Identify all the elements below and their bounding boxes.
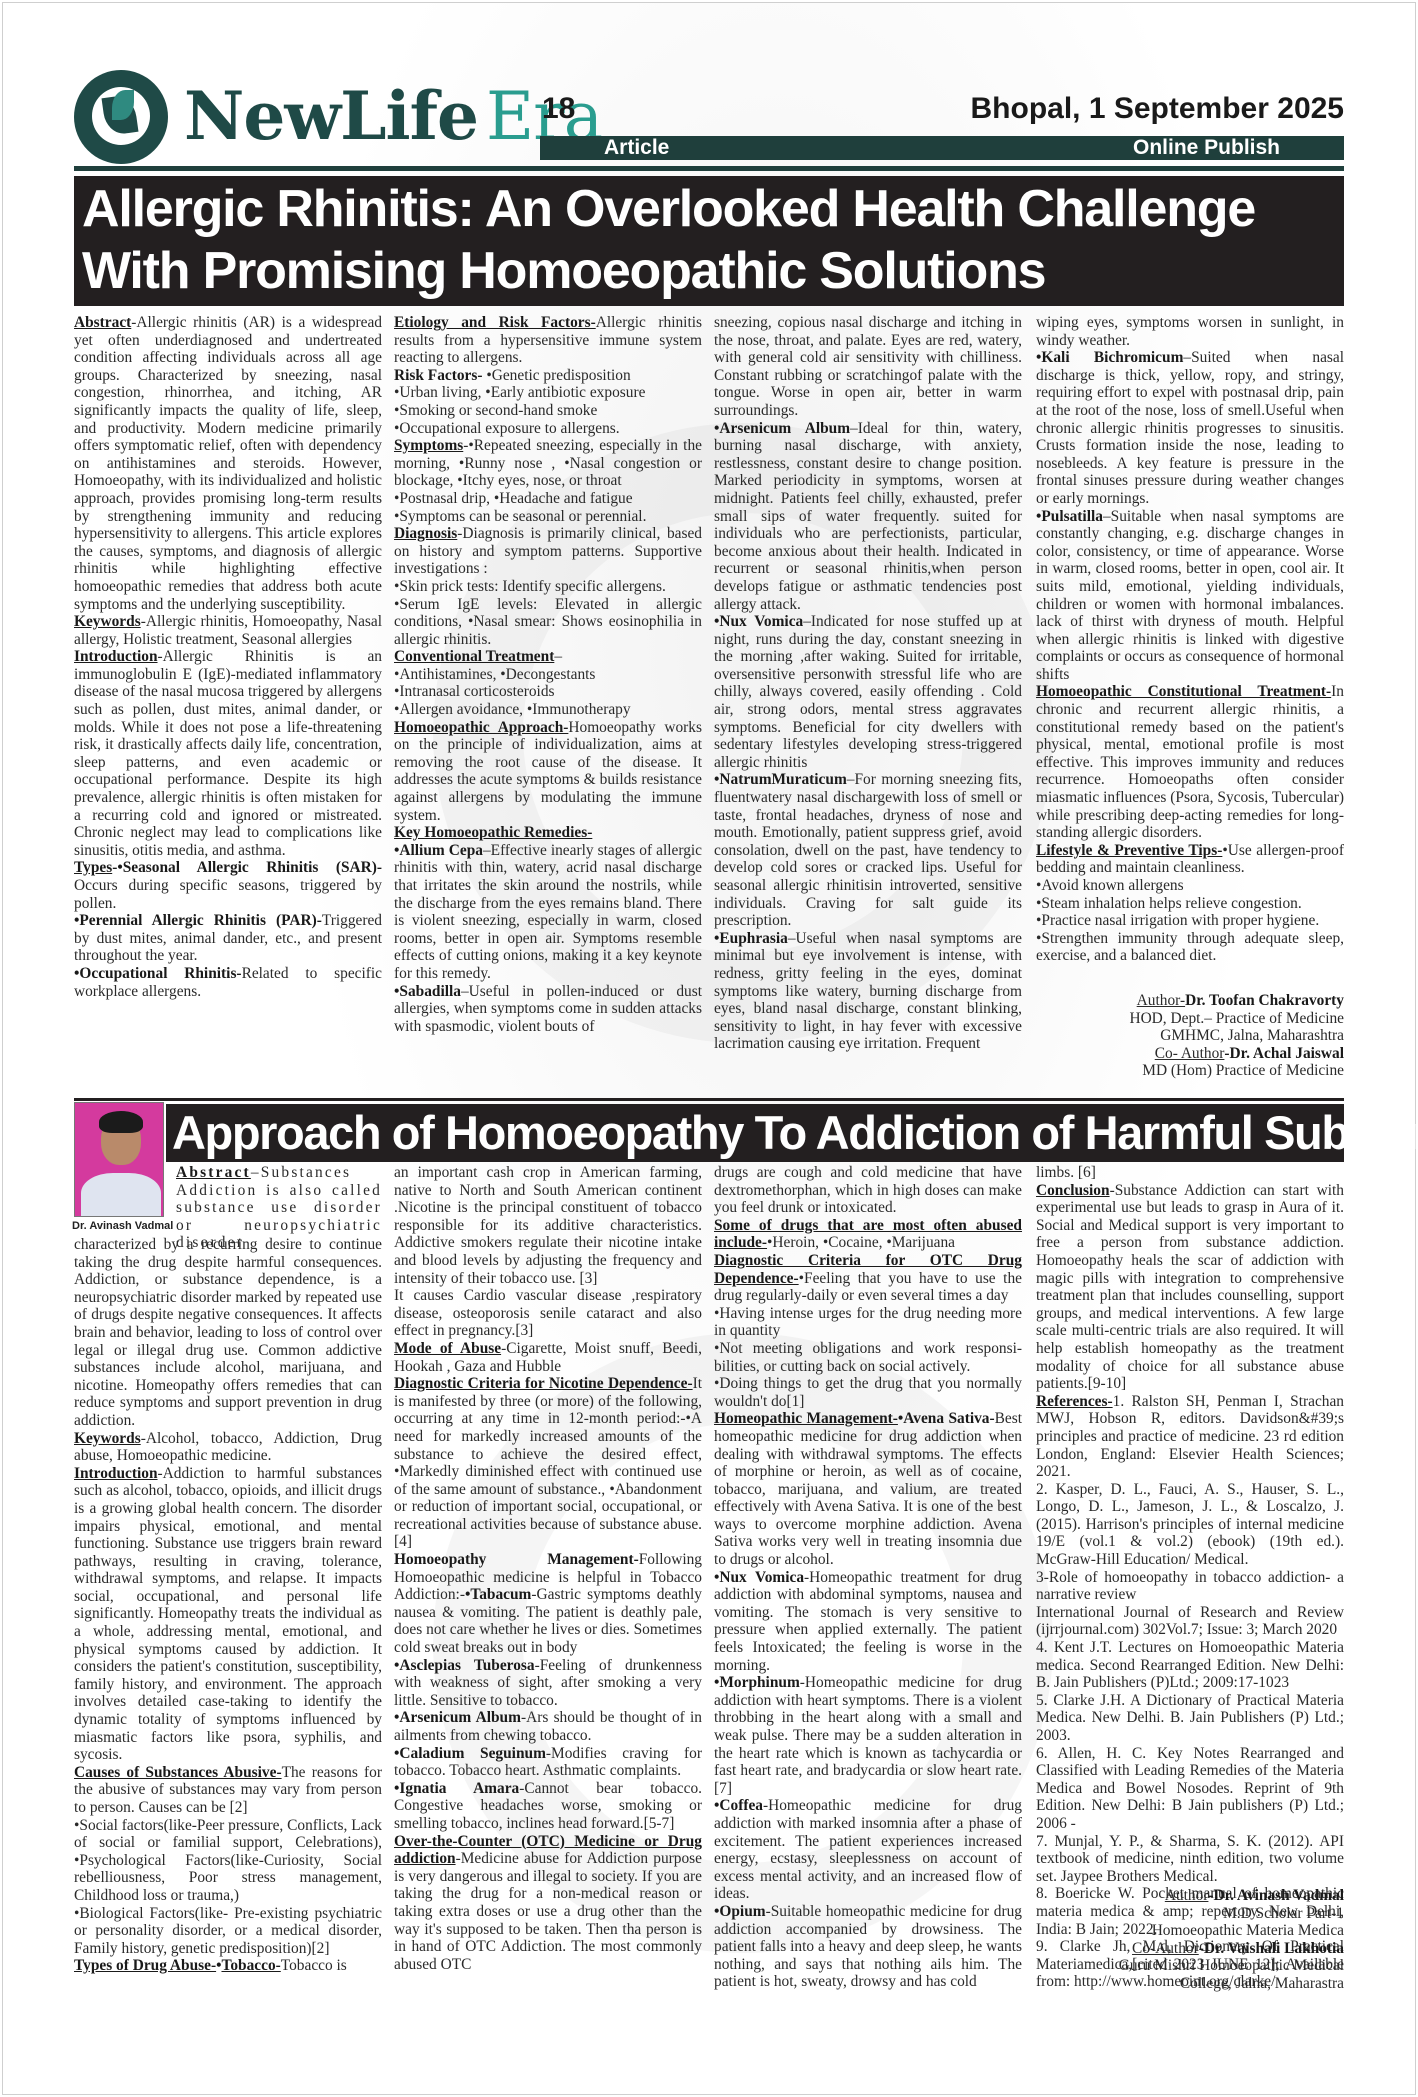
paragraph: Risk Factors- •Genetic predisposition — [394, 367, 702, 385]
paragraph: •Not meeting obligations and work respon… — [714, 1340, 1022, 1375]
paragraph: Symptoms-•Repeated sneezing, especially … — [394, 437, 702, 490]
paragraph: International Journal of Research and Re… — [1036, 1604, 1344, 1639]
heading-run: Homoeopathic Constitutional Treatment- — [1036, 683, 1331, 700]
paragraph: •Opium-Suitable homeopathic medicine for… — [714, 1903, 1022, 1991]
heading-run: Keywords — [74, 1430, 141, 1447]
text-run: 6. Allen, H. C. Key Notes Rearranged and… — [1036, 1745, 1344, 1832]
paragraph: Keywords-Alcohol, tobacco, Addiction, Dr… — [74, 1430, 382, 1465]
text-run: •Avoid known allergens — [1036, 877, 1184, 894]
text-run: Guru Mishri Homoeopathic Medical — [1119, 1957, 1344, 1974]
paragraph: •Perennial Allergic Rhinitis (PAR)-Trigg… — [74, 912, 382, 965]
article2-column-3: drugs are cough and cold medicine that h… — [714, 1164, 1022, 1991]
heading-run: •Euphrasia — [714, 930, 788, 947]
masthead: NewLifeEra 18 Bhopal, 1 September 2025 A… — [74, 66, 1344, 166]
heading-run: Mode of Abuse — [394, 1340, 501, 1357]
paragraph: Co- Author-Dr. Achal Jaiswal — [1036, 1045, 1344, 1063]
heading-run: •Opium — [714, 1903, 766, 1920]
edition-label: Online Publish — [1133, 136, 1280, 160]
text-run: -Substance Addiction can start with expe… — [1036, 1182, 1344, 1393]
paragraph: Conventional Treatment– — [394, 648, 702, 666]
heading-run: Homeopathic Management- — [714, 1410, 898, 1427]
text-run: -Homeopathic medicine for drug addiction… — [714, 1674, 1022, 1797]
heading-run: •Ignatia Amara — [394, 1780, 519, 1797]
heading-run: •Nux Vomica — [714, 1569, 804, 1586]
masthead-rule — [74, 166, 1344, 171]
paragraph: Author-Dr. Avinash Vadmal — [1036, 1887, 1344, 1905]
paragraph: Guru Mishri Homoeopathic Medical — [1036, 1957, 1344, 1975]
paragraph: limbs. [6] — [1036, 1164, 1344, 1182]
heading-run: •Arsenicum Album — [714, 420, 850, 437]
text-run: limbs. [6] — [1036, 1164, 1096, 1181]
paragraph: Author-Dr. Toofan Chakravorty — [1036, 992, 1344, 1010]
text-run: –Indicated for nose stuffed up at night,… — [714, 613, 1022, 771]
paragraph: It causes Cardio vascular disease ,respi… — [394, 1287, 702, 1340]
heading-run: •Arsenicum Album — [394, 1709, 521, 1726]
heading-run: •Caladium Seguinum — [394, 1745, 546, 1762]
text-run: -Addiction to harmful substances such as… — [74, 1465, 382, 1764]
text-run: M.D Scholar Part-1 — [1223, 1905, 1344, 1922]
text-run: •Antihistamines, •Decongestants — [394, 666, 595, 683]
text-run: 3-Role of homoeopathy in tobacco addicti… — [1036, 1569, 1344, 1604]
text-run: wiping eyes, symptoms worsen in sunlight… — [1036, 314, 1344, 349]
paragraph: Diagnostic Criteria for OTC Drug Depende… — [714, 1252, 1022, 1305]
text-run: •Strengthen immunity through adequate sl… — [1036, 930, 1344, 965]
paragraph: •Nux Vomica-Homeopathic treatment for dr… — [714, 1569, 1022, 1675]
paragraph: •Occupational Rhinitis-Related to specif… — [74, 965, 382, 1000]
text-run: •Occupational exposure to allergens. — [394, 420, 620, 437]
paragraph: •Sabadilla–Useful in pollen-induced or d… — [394, 983, 702, 1036]
paragraph: HOD, Dept.– Practice of Medicine — [1036, 1010, 1344, 1028]
article1-title-line2: With Promising Homoeopathic Solutions — [82, 240, 1336, 302]
paragraph: Homoeopathic Constitutional Treatment-In… — [1036, 683, 1344, 841]
text-run: sneezing, copious nasal discharge and it… — [714, 314, 1022, 419]
page-number: 18 — [542, 92, 575, 126]
paragraph: Conclusion-Substance Addiction can start… — [1036, 1182, 1344, 1393]
heading-run: Homoeopathic Approach- — [394, 719, 568, 736]
heading-run: •Pulsatilla — [1036, 508, 1103, 525]
text-run: •Skin prick tests: Identify specific all… — [394, 578, 666, 595]
heading-run: Lifestyle & Preventive Tips- — [1036, 842, 1222, 859]
heading-run: -Dr. Vaishali Lakhotia — [1199, 1940, 1344, 1957]
heading-run: Conventional Treatment — [394, 648, 554, 665]
heading-run: -Dr. Achal Jaiswal — [1224, 1045, 1344, 1062]
paragraph: Diagnosis-Diagnosis is primarily clinica… — [394, 525, 702, 578]
heading-run: Dr. Toofan Chakravorty — [1185, 992, 1344, 1009]
heading-run: Risk Factors- — [394, 367, 486, 384]
text-run: an important cash crop in American farmi… — [394, 1164, 702, 1287]
author-photo — [74, 1102, 164, 1217]
text-run: •Smoking or second-hand smoke — [394, 402, 597, 419]
text-run: •Allergen avoidance, •Immunotherapy — [394, 701, 631, 718]
paragraph: 2. Kasper, D. L., Fauci, A. S., Hauser, … — [1036, 1481, 1344, 1569]
paragraph: Introduction-Allergic Rhinitis is an imm… — [74, 648, 382, 859]
text-run: Occurs during specific seasons, triggere… — [74, 877, 382, 912]
heading-run: Types of Drug Abuse- — [74, 1957, 216, 1974]
paragraph: characterized by a recurring desire to c… — [74, 1236, 382, 1430]
heading-run: •Tabacum — [465, 1586, 531, 1603]
text-run: It is manifested by three (or more) of t… — [394, 1375, 702, 1550]
paragraph: M.D Scholar Part-1 — [1036, 1905, 1344, 1923]
paragraph: Mode of Abuse-Cigarette, Moist snuff, Be… — [394, 1340, 702, 1375]
article1-author-credits: Author-Dr. Toofan ChakravortyHOD, Dept.–… — [1036, 992, 1344, 1080]
article2-column-4: limbs. [6]Conclusion-Substance Addiction… — [1036, 1164, 1344, 1991]
text-run: Co- Author — [1155, 1045, 1225, 1062]
paragraph: •Smoking or second-hand smoke — [394, 402, 702, 420]
heading-run: •NatrumMuraticum — [714, 771, 847, 788]
article2-headline: Approach of Homoeopathy To Addiction of … — [166, 1104, 1344, 1162]
paragraph: •NatrumMuraticum–For morning sneezing fi… — [714, 771, 1022, 929]
paragraph: Co-Author-Dr. Vaishali Lakhotia — [1036, 1940, 1344, 1958]
heading-run: •Allium Cepa — [394, 842, 483, 859]
paragraph: •Social factors(like-Peer pressure, Conf… — [74, 1817, 382, 1905]
author-photo-caption: Dr. Avinash Vadmal — [72, 1220, 168, 1232]
heading-run: Types — [74, 859, 112, 876]
paragraph: 7. Munjal, Y. P., & Sharma, S. K. (2012)… — [1036, 1833, 1344, 1886]
heading-run: Causes of Substances Abusive- — [74, 1764, 282, 1781]
paragraph: •Pulsatilla–Suitable when nasal symptoms… — [1036, 508, 1344, 684]
text-run: 2. Kasper, D. L., Fauci, A. S., Hauser, … — [1036, 1481, 1344, 1568]
paragraph: an important cash crop in American farmi… — [394, 1164, 702, 1287]
paragraph: Types of Drug Abuse-•Tobacco-Tobacco is — [74, 1957, 382, 1975]
paragraph: GMHMC, Jalna, Maharashtra — [1036, 1027, 1344, 1045]
paragraph: Some of drugs that are most often abused… — [714, 1217, 1022, 1252]
text-run: •Heroin, •Cocaine, •Marijuana — [767, 1234, 955, 1251]
text-run: drugs are cough and cold medicine that h… — [714, 1164, 1022, 1216]
text-run: Author- — [1137, 992, 1185, 1009]
text-run: •Biological Factors(like- Pre-existing p… — [74, 1905, 382, 1957]
paragraph: •Allium Cepa–Effective inearly stages of… — [394, 842, 702, 983]
paragraph: Homoeopathic Approach-Homoeopathy works … — [394, 719, 702, 825]
heading-run: Key Homoeopathic Remedies- — [394, 824, 592, 841]
text-run: -Medicine abuse for Addiction purpose is… — [394, 1850, 702, 1973]
paragraph: wiping eyes, symptoms worsen in sunlight… — [1036, 314, 1344, 349]
paragraph: •Arsenicum Album–Ideal for thin, watery,… — [714, 420, 1022, 614]
text-run: –Suited when nasal discharge is thick, y… — [1036, 349, 1344, 507]
text-run: GMHMC, Jalna, Maharashtra — [1160, 1027, 1344, 1044]
heading-run: Diagnosis — [394, 525, 457, 542]
heading-run: •Coffea — [714, 1797, 763, 1814]
paragraph: •Urban living, •Early antibiotic exposur… — [394, 384, 702, 402]
paragraph: •Postnasal drip, •Headache and fatigue — [394, 490, 702, 508]
text-run: Homoeopathic Materia Medica — [1152, 1922, 1344, 1939]
paragraph: Etiology and Risk Factors-Allergic rhini… — [394, 314, 702, 367]
text-run: HOD, Dept.– Practice of Medicine — [1129, 1010, 1344, 1027]
text-run: 5. Clarke J.H. A Dictionary of Practical… — [1036, 1692, 1344, 1744]
text-run: characterized by a recurring desire to c… — [74, 1236, 382, 1429]
paragraph: Homoeopathy Management-Following Homoeop… — [394, 1551, 702, 1657]
text-run: •Genetic predisposition — [486, 367, 630, 384]
text-run: •Postnasal drip, •Headache and fatigue — [394, 490, 633, 507]
heading-run: •Kali Bichromicum — [1036, 349, 1183, 366]
paragraph: Causes of Substances Abusive-The reasons… — [74, 1764, 382, 1817]
paragraph: •Avoid known allergens — [1036, 877, 1344, 895]
heading-run: Keywords — [74, 613, 141, 630]
article1-title-line1: Allergic Rhinitis: An Overlooked Health … — [82, 178, 1336, 240]
paragraph: Diagnostic Criteria for Nicotine Depende… — [394, 1375, 702, 1551]
paragraph: Introduction-Addiction to harmful substa… — [74, 1465, 382, 1764]
heading-run: •Perennial Allergic Rhinitis (PAR)- — [74, 912, 322, 929]
dateline: Bhopal, 1 September 2025 — [971, 92, 1344, 126]
paragraph: Lifestyle & Preventive Tips-•Use allerge… — [1036, 842, 1344, 877]
paragraph: Homeopathic Management-•Avena Sativa-Bes… — [714, 1410, 1022, 1568]
text-run: •Having intense urges for the drug needi… — [714, 1305, 1022, 1340]
text-run: •Practice nasal irrigation with proper h… — [1036, 912, 1319, 929]
text-run: •Social factors(like-Peer pressure, Conf… — [74, 1817, 382, 1904]
heading-run: Introduction — [74, 648, 158, 665]
heading-run: -•Seasonal Allergic Rhinitis (SAR)- — [112, 859, 382, 876]
paragraph: •Antihistamines, •Decongestants — [394, 666, 702, 684]
text-run: •Symptoms can be seasonal or perennial. — [394, 508, 646, 525]
paragraph: •Kali Bichromicum–Suited when nasal disc… — [1036, 349, 1344, 507]
paragraph: Over-the-Counter (OTC) Medicine or Drug … — [394, 1833, 702, 1974]
paragraph: •Strengthen immunity through adequate sl… — [1036, 930, 1344, 965]
brand-name-part1: NewLife — [184, 77, 478, 155]
paragraph: •Having intense urges for the drug needi… — [714, 1305, 1022, 1340]
text-run: -Allergic rhinitis (AR) is a widespread … — [74, 314, 382, 613]
text-run: International Journal of Research and Re… — [1036, 1604, 1344, 1639]
heading-run: Symptoms — [394, 437, 463, 454]
article1-column-2: Etiology and Risk Factors-Allergic rhini… — [394, 314, 702, 1035]
paragraph: Types-•Seasonal Allergic Rhinitis (SAR)-… — [74, 859, 382, 912]
paragraph: Key Homoeopathic Remedies- — [394, 824, 702, 842]
article1-column-4: wiping eyes, symptoms worsen in sunlight… — [1036, 314, 1344, 1004]
heading-run: Conclusion — [1036, 1182, 1110, 1199]
heading-run: Introduction — [74, 1465, 158, 1482]
paragraph: 3-Role of homoeopathy in tobacco addicti… — [1036, 1569, 1344, 1604]
paragraph: Homoeopathic Materia Medica — [1036, 1922, 1344, 1940]
article1-column-1: Abstract-Allergic rhinitis (AR) is a wid… — [74, 314, 382, 1000]
heading-run: •Occupational Rhinitis- — [74, 965, 242, 982]
article-separator — [74, 1098, 1344, 1101]
text-run: – — [554, 648, 562, 665]
text-run: –Effective inearly stages of allergic rh… — [394, 842, 702, 982]
paragraph: MD (Hom) Practice of Medicine — [1036, 1062, 1344, 1080]
paragraph: Abstract-Allergic rhinitis (AR) is a wid… — [74, 314, 382, 613]
paragraph: •Biological Factors(like- Pre-existing p… — [74, 1905, 382, 1958]
paragraph: •Practice nasal irrigation with proper h… — [1036, 912, 1344, 930]
text-run: It causes Cardio vascular disease ,respi… — [394, 1287, 702, 1339]
text-run: –Useful when nasal symptoms are minimal … — [714, 930, 1022, 1053]
text-run: In chronic and recurrent allergic rhinit… — [1036, 683, 1344, 841]
text-run: –Suitable when nasal symptoms are consta… — [1036, 508, 1344, 683]
paragraph: •Steam inhalation helps relieve congesti… — [1036, 895, 1344, 913]
paragraph: References-1. Ralston SH, Penman I, Stra… — [1036, 1393, 1344, 1481]
paragraph: •Nux Vomica–Indicated for nose stuffed u… — [714, 613, 1022, 771]
text-run: •Doing things to get the drug that you n… — [714, 1375, 1022, 1410]
heading-run: •Nux Vomica — [714, 613, 803, 630]
heading-run: •Asclepias Tuberosa — [394, 1657, 535, 1674]
heading-run: References- — [1036, 1393, 1113, 1410]
article2-author-credits: Author-Dr. Avinash VadmalM.D Scholar Par… — [1036, 1887, 1344, 1993]
heading-run: •Sabadilla — [394, 983, 461, 1000]
section-bar: Article Online Publish — [540, 136, 1344, 160]
paragraph: •Arsenicum Album-Ars should be thought o… — [394, 1709, 702, 1744]
paragraph: •Occupational exposure to allergens. — [394, 420, 702, 438]
heading-run: Abstract — [74, 314, 131, 331]
text-run: Best homeopathic medicine for drug addic… — [714, 1410, 1022, 1568]
text-run: Co-Author — [1132, 1940, 1199, 1957]
text-run: College, Jalna, Maharastra — [1180, 1975, 1344, 1992]
text-run: Author — [1165, 1887, 1209, 1904]
paragraph: •Doing things to get the drug that you n… — [714, 1375, 1022, 1410]
text-run: –For morning sneezing fits, fluentwatery… — [714, 771, 1022, 929]
text-run: –Ideal for thin, watery, burning nasal d… — [714, 420, 1022, 613]
article2-column-2: an important cash crop in American farmi… — [394, 1164, 702, 1973]
text-run: •Not meeting obligations and work respon… — [714, 1340, 1022, 1375]
heading-run: Diagnostic Criteria for Nicotine Depende… — [394, 1375, 693, 1392]
article2-column-1: characterized by a recurring desire to c… — [74, 1236, 382, 1975]
heading-run: Etiology and Risk Factors- — [394, 314, 596, 331]
paragraph: •Skin prick tests: Identify specific all… — [394, 578, 702, 596]
paragraph: •Intranasal corticosteroids — [394, 683, 702, 701]
paragraph: •Asclepias Tuberosa-Feeling of drunkenne… — [394, 1657, 702, 1710]
text-run: •Intranasal corticosteroids — [394, 683, 555, 700]
paragraph: •Symptoms can be seasonal or perennial. — [394, 508, 702, 526]
text-run: -Allergic Rhinitis is an immunoglobulin … — [74, 648, 382, 859]
heading-run: •Avena Sativa- — [898, 1410, 995, 1427]
text-run: •Urban living, •Early antibiotic exposur… — [394, 384, 645, 401]
text-run: MD (Hom) Practice of Medicine — [1142, 1062, 1344, 1079]
heading-run: •Morphinum — [714, 1674, 800, 1691]
paragraph: 4. Kent J.T. Lectures on Homoeopathic Ma… — [1036, 1639, 1344, 1692]
paragraph: sneezing, copious nasal discharge and it… — [714, 314, 1022, 420]
paragraph: •Allergen avoidance, •Immunotherapy — [394, 701, 702, 719]
paragraph: 6. Allen, H. C. Key Notes Rearranged and… — [1036, 1745, 1344, 1833]
text-run: •Serum IgE levels: Elevated in allergic … — [394, 596, 702, 648]
heading-run: Homoeopathy Management- — [394, 1551, 639, 1568]
text-run: •Steam inhalation helps relieve congesti… — [1036, 895, 1302, 912]
heading-run: Tobacco- — [221, 1957, 280, 1974]
heading-run: -Dr. Avinash Vadmal — [1208, 1887, 1344, 1904]
text-run: 4. Kent J.T. Lectures on Homoeopathic Ma… — [1036, 1639, 1344, 1691]
newlife-logo-icon — [74, 70, 168, 164]
text-run: Tobacco is — [281, 1957, 347, 1974]
heading-run: Abstract — [176, 1164, 251, 1181]
paragraph: 5. Clarke J.H. A Dictionary of Practical… — [1036, 1692, 1344, 1745]
article1-column-3: sneezing, copious nasal discharge and it… — [714, 314, 1022, 1053]
paragraph: •Coffea-Homeopathic medicine for drug ad… — [714, 1797, 1022, 1903]
paragraph: •Morphinum-Homeopathic medicine for drug… — [714, 1674, 1022, 1797]
section-label: Article — [604, 136, 669, 160]
article1-headline: Allergic Rhinitis: An Overlooked Health … — [74, 176, 1344, 306]
paragraph: •Serum IgE levels: Elevated in allergic … — [394, 596, 702, 649]
paragraph: •Ignatia Amara-Cannot bear tobacco. Cong… — [394, 1780, 702, 1833]
paragraph: •Euphrasia–Useful when nasal symptoms ar… — [714, 930, 1022, 1053]
paragraph: Keywords-Allergic rhinitis, Homoeopathy,… — [74, 613, 382, 648]
paragraph: College, Jalna, Maharastra — [1036, 1975, 1344, 1993]
paragraph: •Caladium Seguinum-Modifies craving for … — [394, 1745, 702, 1780]
paragraph: drugs are cough and cold medicine that h… — [714, 1164, 1022, 1217]
text-run: 7. Munjal, Y. P., & Sharma, S. K. (2012)… — [1036, 1833, 1344, 1885]
